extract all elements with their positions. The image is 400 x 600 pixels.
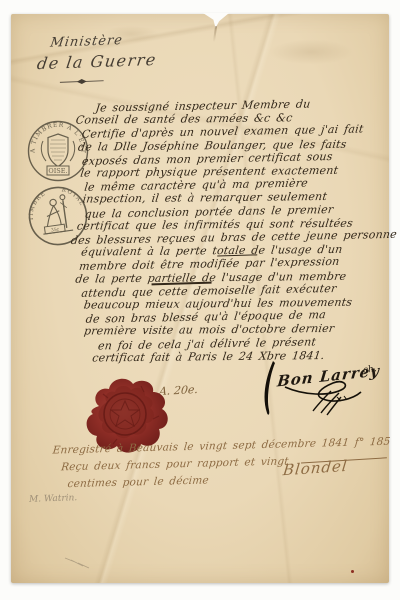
larrey-signature: Bon Larrey ch. xyxy=(251,359,400,429)
letterhead: Ministère de la Guerre xyxy=(36,32,158,87)
pencil-note: M. Watrin. xyxy=(29,493,78,505)
stamp-oise-label: OISE. xyxy=(48,167,67,175)
faint-scribble-icon xyxy=(63,554,103,570)
paper-tear-crack xyxy=(213,26,217,42)
manuscript-paper: Ministère de la Guerre A TIMBRER A L'EXT… xyxy=(11,14,389,583)
signature-suffix: ch. xyxy=(362,364,377,376)
document-photo: { "document": { "letterhead": { "line1":… xyxy=(0,0,400,600)
letterhead-line1: Ministère xyxy=(49,32,157,51)
svg-text:35c: 35c xyxy=(51,226,60,233)
letterhead-line2: de la Guerre xyxy=(36,50,158,73)
manuscript-body: Je soussigné inspecteur Membre du Consei… xyxy=(70,97,391,364)
red-speck xyxy=(351,570,354,573)
letterhead-flourish-icon xyxy=(60,77,104,87)
